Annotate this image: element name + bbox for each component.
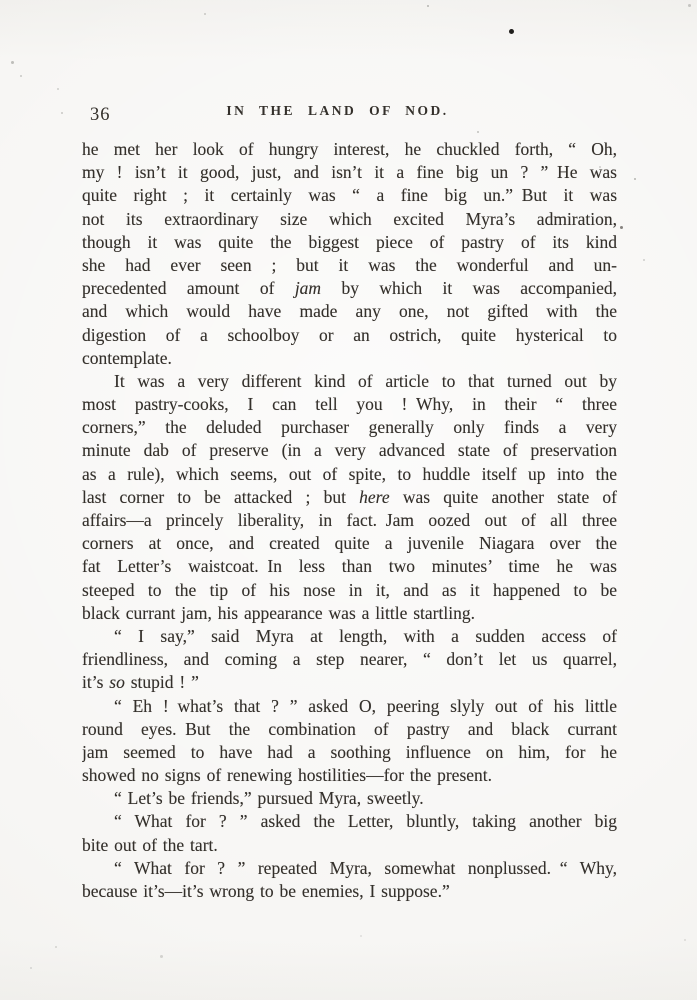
scan-speck — [204, 13, 206, 15]
text-line: affairs—a princely liberality, in fact. … — [82, 509, 617, 532]
text-line: round eyes. But the combination of pastr… — [82, 718, 617, 741]
text-line: “ What for ? ” asked the Letter, bluntly… — [82, 810, 617, 833]
text-line: black currant jam, his appearance was a … — [82, 602, 617, 625]
text-line: though it was quite the biggest piece of… — [82, 231, 617, 254]
scan-speck — [688, 4, 691, 7]
scan-speck — [160, 955, 163, 958]
text-line: contemplate. — [82, 347, 617, 370]
text-line: as a rule), which seems, out of spite, t… — [82, 463, 617, 486]
scan-speck — [620, 226, 623, 229]
scan-speck — [11, 61, 14, 64]
text-line: most pastry-cooks, I can tell you ! Why,… — [82, 393, 617, 416]
text-line: bite out of the tart. — [82, 834, 617, 857]
text-line: corners,” the deluded purchaser generall… — [82, 416, 617, 439]
text-line: corners at once, and created quite a juv… — [82, 532, 617, 555]
text-line: it’s so stupid ! ” — [82, 671, 617, 694]
text-line: precedented amount of jam by which it wa… — [82, 277, 617, 300]
text-line: steeped to the tip of his nose in it, an… — [82, 579, 617, 602]
text-line: my ! isn’t it good, just, and isn’t it a… — [82, 161, 617, 184]
text-line: “ Let’s be friends,” pursued Myra, sweet… — [82, 787, 617, 810]
text-line: It was a very different kind of article … — [82, 370, 617, 393]
text-line: not its extraordinary size which excited… — [82, 208, 617, 231]
text-line: jam seemed to have had a soothing influe… — [82, 741, 617, 764]
text-line: and which would have made any one, not g… — [82, 300, 617, 323]
text-line: quite right ; it certainly was “ a fine … — [82, 184, 617, 207]
scan-speck — [61, 112, 63, 114]
scan-speck — [509, 29, 514, 34]
scan-speck — [57, 88, 59, 90]
scan-speck — [55, 946, 57, 948]
text-line: because it’s—it’s wrong to be enemies, I… — [82, 880, 617, 903]
scan-speck — [634, 178, 636, 180]
scan-speck — [684, 939, 686, 941]
text-line: fat Letter’s waistcoat. In less than two… — [82, 555, 617, 578]
body-text: he met her look of hungry interest, he c… — [82, 138, 617, 903]
text-line: “ I say,” said Myra at length, with a su… — [82, 625, 617, 648]
running-title: IN THE LAND OF NOD. — [70, 103, 605, 119]
text-line: “ Eh ! what’s that ? ” asked O, peering … — [82, 695, 617, 718]
text-line: digestion of a schoolboy or an ostrich, … — [82, 324, 617, 347]
scan-speck — [20, 75, 22, 77]
text-line: “ What for ? ” repeated Myra, somewhat n… — [82, 857, 617, 880]
text-line: minute dab of preserve (in a very advanc… — [82, 439, 617, 462]
text-line: friendliness, and coming a step nearer, … — [82, 648, 617, 671]
text-line: showed no signs of renewing hostilities—… — [82, 764, 617, 787]
text-line: last corner to be attacked ; but here wa… — [82, 486, 617, 509]
scan-speck — [360, 935, 362, 937]
scan-speck — [643, 259, 645, 261]
scan-speck — [30, 967, 32, 969]
text-line: she had ever seen ; but it was the wonde… — [82, 254, 617, 277]
text-line: he met her look of hungry interest, he c… — [82, 138, 617, 161]
scan-speck — [477, 131, 479, 133]
scan-speck — [427, 5, 429, 7]
book-page: 36 IN THE LAND OF NOD. he met her look o… — [0, 0, 697, 1000]
